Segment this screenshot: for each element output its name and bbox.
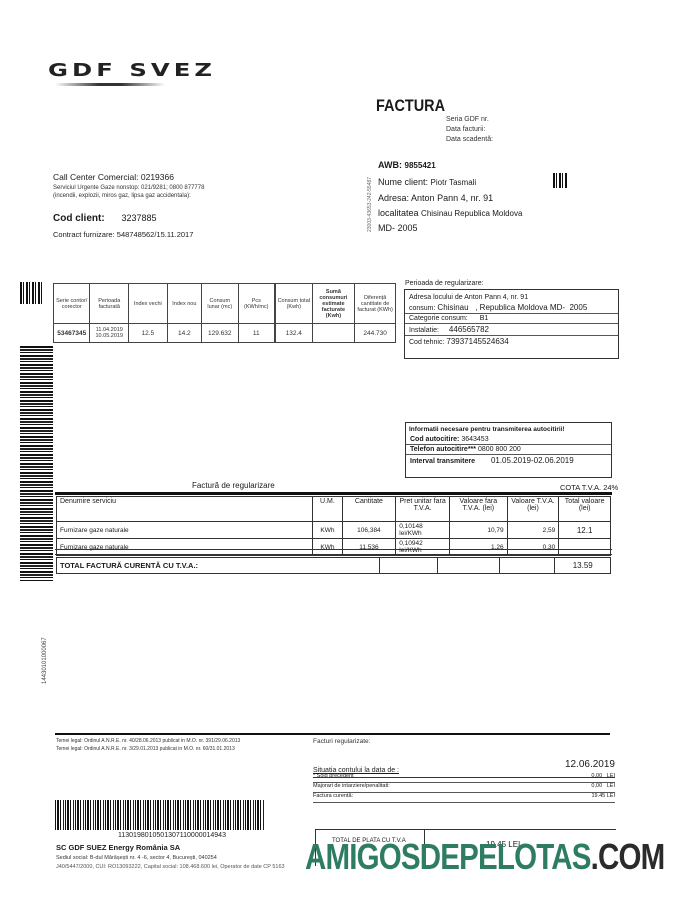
invoice-cell: Furnizare gaze naturale: [57, 522, 313, 539]
call-center-value: 0219366: [141, 172, 174, 182]
meter-cell: 244.730: [355, 324, 396, 343]
footer-barcode: [55, 800, 265, 830]
account-row-label: * Sold precedent: [313, 773, 354, 779]
meter-header: Sumă consumuri estimate facturate (Kwh): [312, 284, 355, 324]
invoice-cell: 0,10148 lei/KWh: [396, 522, 450, 539]
vertical-code: 23003-43653-242-55487: [367, 177, 373, 232]
invoice-cell: 106,384: [342, 522, 396, 539]
autocitire-title: Informatii necesare pentru transmiterea …: [406, 423, 611, 435]
meter-cell: 11.04.2019 10.05.2019: [90, 324, 129, 343]
telefon-value: 0800 800 200: [478, 446, 521, 453]
urgente-note: (incendii, explozii, miros gaz, lipsa ga…: [53, 193, 191, 199]
categorie-row: Categorie consum: B1: [405, 314, 618, 324]
meter-row: 53467345 11.04.2019 10.05.2019 12.5 14.2…: [54, 324, 396, 343]
account-list: * Sold precedent 0,00 LEI Majorari de in…: [313, 773, 615, 803]
watermark-part-1: AMIGOSDEPELOTAS: [305, 836, 591, 877]
meter-cell: [312, 324, 355, 343]
total-spacer: [437, 558, 499, 574]
awb-label: AWB:: [378, 160, 402, 170]
call-center: Call Center Comercial: 0219366: [53, 172, 174, 182]
consum-label: consum:: [409, 305, 435, 312]
invoice-cell: KWh: [313, 522, 342, 539]
urgente-line: Serviciul Urgente Gaze nonstop: 021/9281…: [53, 185, 204, 191]
invoice-header: Total valoare (lei): [559, 497, 611, 522]
instalatie-label: Instalatie:: [409, 327, 439, 334]
invoice-header: Pret unitar fara T.V.A.: [396, 497, 450, 522]
cod-client: Cod client: 3237885: [53, 213, 157, 224]
invoice-header: Denumire serviciu: [57, 497, 313, 522]
company-registru: J40/5447/2000, CUI: RO13093222, Capital …: [56, 864, 285, 870]
account-row-label: Factura curentă:: [313, 793, 353, 799]
interval-row: Interval transmitere 01.05.2019-02.06.20…: [406, 455, 611, 466]
cota-tva: COTA T.V.A. 24%: [560, 483, 618, 492]
meter-header: Index vechi: [129, 284, 168, 324]
cod-client-label: Cod client:: [53, 213, 105, 224]
invoice-row: Furnizare gaze naturale KWh 106,384 0,10…: [57, 522, 611, 539]
invoice-cell: 10,79: [449, 522, 507, 539]
meter-cell: 14.2: [167, 324, 201, 343]
gdf-suez-logo: GDF SVEZ: [48, 60, 216, 81]
contract-value: 548748562/15.11.2017: [117, 230, 194, 239]
account-row-value: 0,00 LEI: [591, 783, 615, 789]
account-row: Factura curentă: 19.45 LEI: [313, 793, 615, 803]
meter-cell: 132.4: [275, 324, 312, 343]
account-row-label: Majorari de intarziere/penalitati:: [313, 783, 390, 789]
invoice-cell: 2,59: [507, 522, 559, 539]
company-name: SC GDF SUEZ Energy România SA: [56, 843, 180, 852]
total-value: 13.59: [555, 558, 611, 574]
call-center-label: Call Center Comercial:: [53, 172, 139, 182]
contract: Contract furnizare: 548748562/15.11.2017: [53, 230, 193, 239]
meter-cell: 12.5: [129, 324, 168, 343]
perioada-label: Perioada de regularizare:: [405, 280, 484, 287]
serie-label: Seria GDF nr.: [446, 116, 489, 123]
localitate-value: Chisinau Republica Moldova: [421, 209, 522, 218]
adresa-loc-value: Anton Pann 4, nr. 91: [464, 294, 528, 301]
telefon-label: Telefon autocitire***: [410, 446, 476, 453]
vertical-barcode: [20, 346, 53, 581]
categorie-label: Categorie consum:: [409, 315, 468, 322]
data-scadenta-label: Data scadentă:: [446, 136, 493, 143]
consum-box: Adresa locului de Anton Pann 4, nr. 91 c…: [404, 289, 619, 359]
watermark-part-2: .COM: [591, 836, 665, 877]
company-sediu: Sediul social: B-dul Mărășești nr. 4 -6,…: [56, 855, 217, 861]
total-table: TOTAL FACTURĂ CURENTĂ CU T.V.A.: 13.59: [56, 557, 611, 574]
meter-header: Consum total (Kwh): [275, 284, 312, 324]
cod-tehnic-value: 73937145524634: [446, 337, 508, 346]
meter-header: Diferență cantitate de facturat (KWh): [355, 284, 396, 324]
situatia-date: 12.06.2019: [565, 759, 615, 770]
meter-header: Perioada facturată: [90, 284, 129, 324]
facturi-label: Facturi regularizate:: [313, 738, 370, 745]
legal-line-2: Temei legal: Ordinul A.N.R.E. nr. 3/29.0…: [56, 746, 235, 752]
section-title: Factură de regularizare: [192, 481, 275, 490]
meter-table: Serie contor/ corector Perioada facturat…: [53, 283, 396, 343]
interval-value: 01.05.2019-02.06.2019: [491, 456, 574, 465]
nume-value: Piotr Tasmali: [431, 178, 477, 187]
cod-client-value: 3237885: [121, 213, 156, 223]
account-row: * Sold precedent 0,00 LEI: [313, 773, 615, 783]
cod-autocitire-label: Cod autocitire:: [410, 436, 459, 443]
meter-header: Pcs (KWh/mc): [238, 284, 275, 324]
meter-cell: 129.632: [202, 324, 238, 343]
invoice-header: Cantitate: [342, 497, 396, 522]
meter-cell: 11: [238, 324, 275, 343]
adresa-loc-consum: Adresa locului de Anton Pann 4, nr. 91: [405, 290, 618, 301]
instalatie-row: Instalatie: 446565782: [405, 324, 618, 336]
instalatie-value: 446565782: [449, 325, 489, 334]
total-label: TOTAL FACTURĂ CURENTĂ CU T.V.A.:: [57, 558, 380, 574]
telefon-row: Telefon autocitire*** 0800 800 200: [406, 445, 611, 455]
localitate: localitatea Chisinau Republica Moldova: [378, 208, 522, 218]
meter-header: Consum lunar (mc): [202, 284, 238, 324]
cod-autocitire-value: 3643453: [461, 436, 488, 443]
barcode-number: 1130198010501307110000014943: [118, 832, 226, 839]
watermark: AMIGOSDEPELOTAS.COM: [305, 836, 664, 878]
data-factura-label: Data facturii:: [446, 126, 485, 133]
adresa-label: Adresa:: [378, 193, 409, 203]
document-title: FACTURA: [376, 96, 445, 116]
cod-postal: MD- 2005: [378, 223, 418, 233]
cod-autocitire-row: Cod autocitire: 3643453: [406, 435, 611, 445]
cod-tehnic-row: Cod tehnic: 73937145524634: [405, 336, 618, 347]
adresa-loc-label: Adresa locului de: [409, 294, 463, 301]
invoice-header: Valoare T.V.A. (lei): [507, 497, 559, 522]
account-row: Majorari de intarziere/penalitati: 0,00 …: [313, 783, 615, 793]
divider: [55, 733, 610, 735]
adresa-value: Anton Pann 4, nr. 91: [411, 193, 493, 203]
double-divider: [55, 549, 612, 555]
consum-row: consum: Chisinau , Republica Moldova MD-…: [405, 301, 618, 314]
datamatrix-code-icon: [20, 282, 42, 304]
meter-header: Index nou: [167, 284, 201, 324]
divider: [55, 492, 612, 495]
invoice-table: Denumire serviciu U.M. Cantitate Pret un…: [56, 496, 611, 556]
awb: AWB: 9855421: [378, 160, 436, 170]
total-spacer: [380, 558, 438, 574]
localitate-label: localitatea: [378, 208, 419, 218]
account-row-value: 19.45 LEI: [591, 793, 615, 799]
logo-swoosh: [55, 83, 165, 86]
cod-tehnic-label: Cod tehnic:: [409, 339, 444, 346]
consum-value: Chisinau , Republica Moldova MD- 2005: [437, 303, 587, 312]
total-spacer: [499, 558, 555, 574]
qr-code-icon: [553, 173, 568, 188]
adresa: Adresa: Anton Pann 4, nr. 91: [378, 193, 493, 203]
meter-header: Serie contor/ corector: [54, 284, 90, 324]
awb-value: 9855421: [405, 161, 436, 170]
side-code: 14430101000067: [42, 637, 48, 684]
nume-label: Nume client:: [378, 177, 428, 187]
invoice-header: Valoare fara T.V.A. (lei): [449, 497, 507, 522]
categorie-value: B1: [480, 315, 489, 322]
account-row-value: 0,00 LEI: [591, 773, 615, 779]
nume-client: Nume client: Piotr Tasmali: [378, 177, 476, 187]
contract-label: Contract furnizare:: [53, 230, 115, 239]
invoice-header: U.M.: [313, 497, 342, 522]
invoice-cell: 12.1: [559, 522, 611, 539]
interval-label: Interval transmitere: [410, 458, 475, 465]
meter-cell: 53467345: [54, 324, 90, 343]
autocitire-box: Informatii necesare pentru transmiterea …: [405, 422, 612, 478]
legal-line-1: Temei legal: Ordinul A.N.R.E. nr. 40/28.…: [56, 738, 240, 744]
